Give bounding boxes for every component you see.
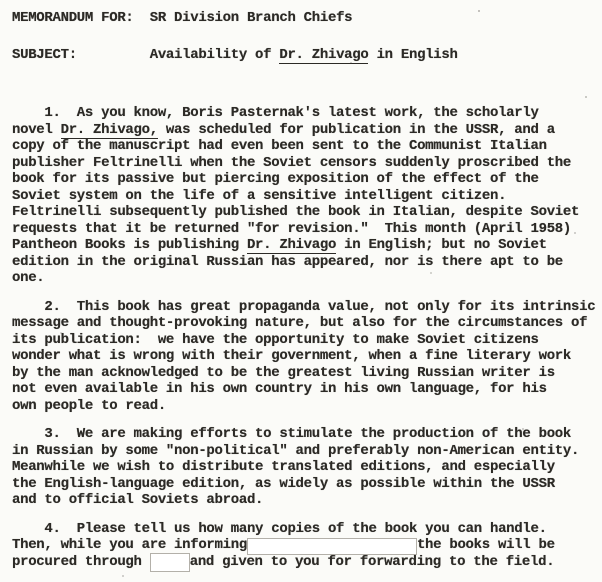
text-line: 2. This book has great propaganda value,… bbox=[12, 299, 594, 316]
text-segment: Then, while you are informing bbox=[12, 537, 247, 553]
text-segment: was scheduled for publication in the USS… bbox=[158, 122, 555, 138]
subject-value-suffix: in English bbox=[368, 47, 457, 63]
memo-for-line: MEMORANDUM FOR: SR Division Branch Chief… bbox=[12, 10, 594, 27]
text-segment: the English-language edition, as widely … bbox=[12, 476, 555, 492]
text-line: not even available in his own country in… bbox=[12, 381, 594, 398]
subject-line: SUBJECT: Availability of Dr. Zhivago in … bbox=[12, 47, 594, 64]
text-segment: copy of the manuscript had even been sen… bbox=[12, 138, 547, 154]
text-line: Meanwhile we wish to distribute translat… bbox=[12, 459, 594, 476]
text-segment: and to official Soviets abroad. bbox=[12, 492, 263, 508]
text-segment: the books will be bbox=[417, 537, 555, 553]
text-segment: and given to you for forwarding to the f… bbox=[190, 554, 555, 570]
text-line: 1. As you know, Boris Pasternak's latest… bbox=[12, 105, 594, 122]
subject-label: SUBJECT: bbox=[12, 47, 150, 63]
text-segment: 2. This book has great propaganda value,… bbox=[12, 299, 595, 315]
text-line: Soviet system on the life of a sensitive… bbox=[12, 188, 594, 205]
book-title: Dr. Zhivago bbox=[247, 237, 336, 254]
text-line: publisher Feltrinelli when the Soviet ce… bbox=[12, 155, 594, 172]
paragraph-3: 3. We are making efforts to stimulate th… bbox=[12, 426, 594, 509]
text-segment: edition in the original Russian has appe… bbox=[12, 254, 563, 270]
text-segment: own people to read. bbox=[12, 398, 166, 414]
text-line: book for its passive but piercing exposi… bbox=[12, 171, 594, 188]
subject-book-title: Dr. Zhivago bbox=[279, 47, 368, 64]
text-line: and to official Soviets abroad. bbox=[12, 492, 594, 509]
text-line: procured through and given to you for fo… bbox=[12, 554, 594, 571]
text-line: novel Dr. Zhivago, was scheduled for pub… bbox=[12, 122, 594, 139]
text-segment: 4. Please tell us how many copies of the… bbox=[12, 521, 547, 537]
redaction-box bbox=[247, 538, 417, 555]
text-segment: by the man acknowledged to be the greate… bbox=[12, 365, 555, 381]
text-line: edition in the original Russian has appe… bbox=[12, 254, 594, 271]
text-line: wonder what is wrong with their governme… bbox=[12, 348, 594, 365]
text-segment: in English; but no Soviet bbox=[336, 237, 547, 253]
text-segment: wonder what is wrong with their governme… bbox=[12, 348, 571, 364]
text-line: in Russian by some "non-political" and p… bbox=[12, 443, 594, 460]
text-line: MEMORANDUM FOR: SR Division Branch Chief… bbox=[12, 10, 594, 27]
text-segment: 1. As you know, Boris Pasternak's latest… bbox=[12, 105, 539, 121]
text-line: Feltrinelli subsequently published the b… bbox=[12, 204, 594, 221]
text-segment: requests that it be returned "for revisi… bbox=[12, 221, 571, 237]
document-body: MEMORANDUM FOR: SR Division Branch Chief… bbox=[12, 10, 594, 570]
text-segment: Soviet system on the life of a sensitive… bbox=[12, 188, 506, 204]
text-line: Then, while you are informingthe books w… bbox=[12, 537, 594, 554]
document-page: MEMORANDUM FOR: SR Division Branch Chief… bbox=[0, 0, 602, 582]
text-line: requests that it be returned "for revisi… bbox=[12, 221, 594, 238]
text-segment: Pantheon Books is publishing bbox=[12, 237, 247, 253]
subject-value-prefix: Availability of bbox=[150, 47, 280, 63]
text-segment: novel bbox=[12, 122, 61, 138]
text-segment: in Russian by some "non-political" and p… bbox=[12, 443, 579, 459]
text-line: one. bbox=[12, 270, 594, 287]
text-line: 3. We are making efforts to stimulate th… bbox=[12, 426, 594, 443]
text-segment: not even available in his own country in… bbox=[12, 381, 547, 397]
text-line: message and thought-provoking nature, bu… bbox=[12, 315, 594, 332]
text-segment: Meanwhile we wish to distribute translat… bbox=[12, 459, 555, 475]
text-segment: message and thought-provoking nature, bu… bbox=[12, 315, 587, 331]
text-line: by the man acknowledged to be the greate… bbox=[12, 365, 594, 382]
memo-for-value: SR Division Branch Chiefs bbox=[150, 10, 353, 26]
paragraph-1: 1. As you know, Boris Pasternak's latest… bbox=[12, 105, 594, 287]
text-line: its publication: we have the opportunity… bbox=[12, 332, 594, 349]
text-line: copy of the manuscript had even been sen… bbox=[12, 138, 594, 155]
paragraph-4: 4. Please tell us how many copies of the… bbox=[12, 521, 594, 571]
book-title: Dr. Zhivago, bbox=[61, 122, 158, 139]
text-segment: its publication: we have the opportunity… bbox=[12, 332, 539, 348]
text-segment: publisher Feltrinelli when the Soviet ce… bbox=[12, 155, 571, 171]
memo-for-label: MEMORANDUM FOR: bbox=[12, 10, 150, 26]
text-segment: Feltrinelli subsequently published the b… bbox=[12, 204, 579, 220]
text-segment: procured through bbox=[12, 554, 150, 570]
text-line: 4. Please tell us how many copies of the… bbox=[12, 521, 594, 538]
paragraph-2: 2. This book has great propaganda value,… bbox=[12, 299, 594, 415]
redaction-box bbox=[150, 553, 190, 572]
text-line: Pantheon Books is publishing Dr. Zhivago… bbox=[12, 237, 594, 254]
text-line: SUBJECT: Availability of Dr. Zhivago in … bbox=[12, 47, 594, 64]
text-line: the English-language edition, as widely … bbox=[12, 476, 594, 493]
text-segment: 3. We are making efforts to stimulate th… bbox=[12, 426, 571, 442]
text-segment: book for its passive but piercing exposi… bbox=[12, 171, 539, 187]
text-line: own people to read. bbox=[12, 398, 594, 415]
text-segment: one. bbox=[12, 270, 44, 286]
